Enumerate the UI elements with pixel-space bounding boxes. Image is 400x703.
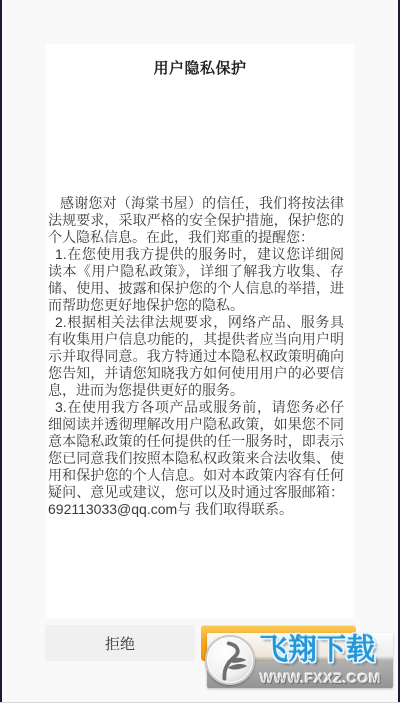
reject-button[interactable]: 拒绝: [45, 625, 195, 661]
watermark-site-name: 飞翔下载: [259, 636, 375, 665]
policy-paragraph: 2.根据相关法律法规要求，网络产品、服务具有收集用户信息功能的，其提供者应当向用…: [48, 314, 344, 399]
dialog-title: 用户隐私保护: [46, 57, 354, 78]
fxxz-logo-icon: [205, 635, 255, 685]
watermark-site-url: WWW.FXXZ.COM: [260, 671, 381, 685]
policy-paragraph: 3.在使用我方各项产品或服务前，请您务必仔细阅读并透彻理解改用户隐私政策，如果您…: [48, 399, 344, 518]
screen-edge-left: [0, 0, 2, 703]
policy-paragraph: 1.在您使用我方提供的服务时，建议您详细阅读本《用户隐私政策》，详细了解我方收集…: [48, 246, 344, 314]
privacy-policy-text: 感谢您对（海棠书屋）的信任，我们将按法律法规要求，采取严格的安全保护措施，保护您…: [48, 195, 344, 518]
policy-paragraph: 感谢您对（海棠书屋）的信任，我们将按法律法规要求，采取严格的安全保护措施，保护您…: [48, 195, 344, 246]
privacy-dialog: 用户隐私保护 感谢您对（海棠书屋）的信任，我们将按法律法规要求，采取严格的安全保…: [46, 44, 354, 618]
site-watermark: 飞翔下载 WWW.FXXZ.COM: [207, 633, 393, 688]
